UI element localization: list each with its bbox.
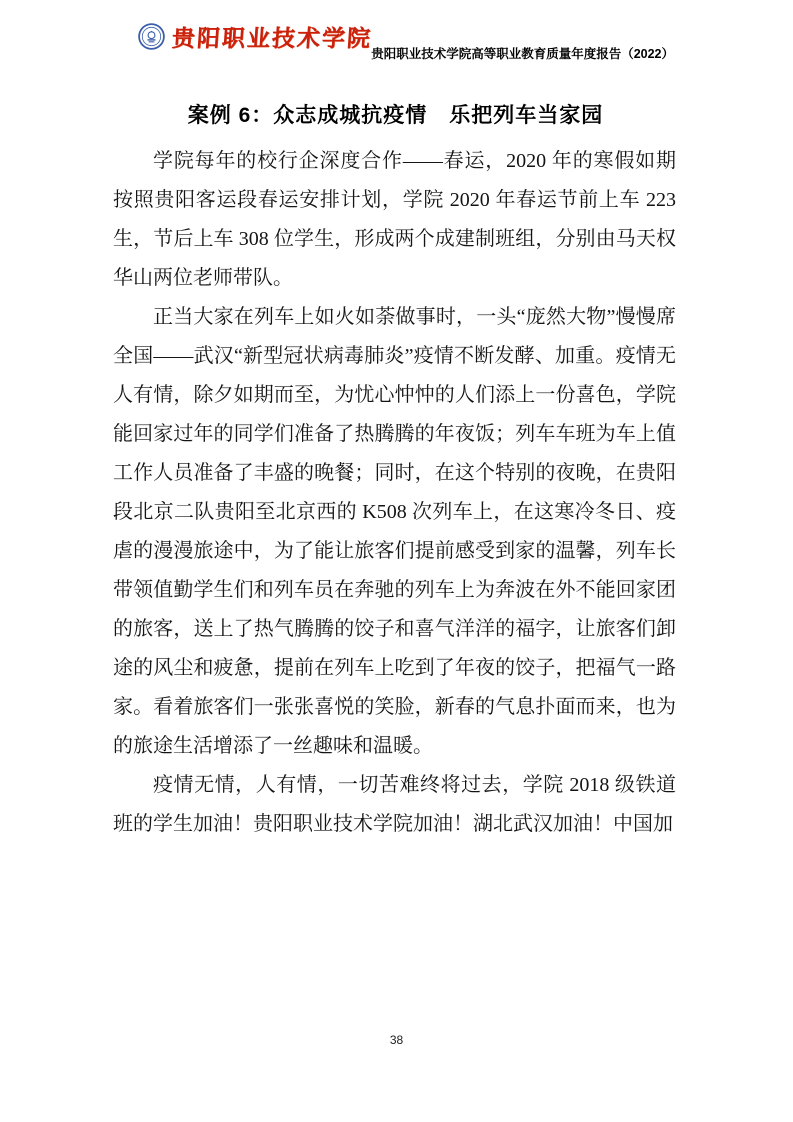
paragraph: 疫情无情，人有情，一切苦难终将过去，学院 2018 级铁道机车班的学生加油！贵阳… [113,766,676,844]
college-name-calligraphy: 贵阳职业技术学院 [171,20,373,53]
text-line: 的旅途生活增添了一丝趣味和温暖。 [113,727,676,766]
text-line: 班的学生加油！贵阳职业技术学院加油！湖北武汉加油！中国加油！ [113,805,676,844]
text-line: 带领值勤学生们和列车员在奔驰的列车上为奔波在外不能回家团圆 [113,571,676,610]
text-line: 正当大家在列车上如火如荼做事时，一头“庞然大物”慢慢席卷 [113,298,676,337]
text-line: 疫情无情，人有情，一切苦难终将过去，学院 2018 级铁道机车 [113,766,676,805]
paragraph: 学院每年的校行企深度合作——春运，2020 年的寒假如期到来，按照贵阳客运段春运… [113,142,676,298]
text-line: 的旅客，送上了热气腾腾的饺子和喜气洋洋的福字，让旅客们卸下旅 [113,610,676,649]
text-line: 学院每年的校行企深度合作——春运，2020 年的寒假如期到来， [113,142,676,181]
paragraph: 正当大家在列车上如火如荼做事时，一头“庞然大物”慢慢席卷全国——武汉“新型冠状病… [113,298,676,766]
page-number: 38 [0,1033,793,1047]
text-line: 工作人员准备了丰盛的晚餐；同时，在这个特别的夜晚，在贵阳客运 [113,454,676,493]
text-line: 生，节后上车 308 位学生，形成两个成建制班组，分别由马天权和田 [113,220,676,259]
document-page: 贵阳职业技术学院 贵阳职业技术学院高等职业教育质量年度报告（2022） 案例 6… [0,0,793,1122]
college-logo: 贵阳职业技术学院 [138,20,372,53]
text-line: 途的风尘和疲惫，提前在列车上吃到了年夜的饺子，把福气一路带回 [113,649,676,688]
text-line: 家。看着旅客们一张张喜悦的笑脸，新春的气息扑面而来，也为枯燥 [113,688,676,727]
text-line: 人有情，除夕如期而至，为忧心忡忡的人们添上一份喜色，学院为不 [113,376,676,415]
text-line: 全国——武汉“新型冠状病毒肺炎”疫情不断发酵、加重。疫情无情， [113,337,676,376]
text-line: 段北京二队贵阳至北京西的 K508 次列车上，在这寒冷冬日、疫情肆 [113,493,676,532]
college-emblem-icon [138,23,165,50]
article-body: 学院每年的校行企深度合作——春运，2020 年的寒假如期到来，按照贵阳客运段春运… [113,142,676,844]
text-line: 虐的漫漫旅途中，为了能让旅客们提前感受到家的温馨，列车长谢辉 [113,532,676,571]
article-title: 案例 6：众志成城抗疫情 乐把列车当家园 [113,99,678,129]
text-line: 华山两位老师带队。 [113,259,676,298]
report-header-title: 贵阳职业技术学院高等职业教育质量年度报告（2022） [371,44,674,62]
text-line: 能回家过年的同学们准备了热腾腾的年夜饭；列车车班为车上值守的 [113,415,676,454]
text-line: 按照贵阳客运段春运安排计划，学院 2020 年春运节前上车 223 位学 [113,181,676,220]
